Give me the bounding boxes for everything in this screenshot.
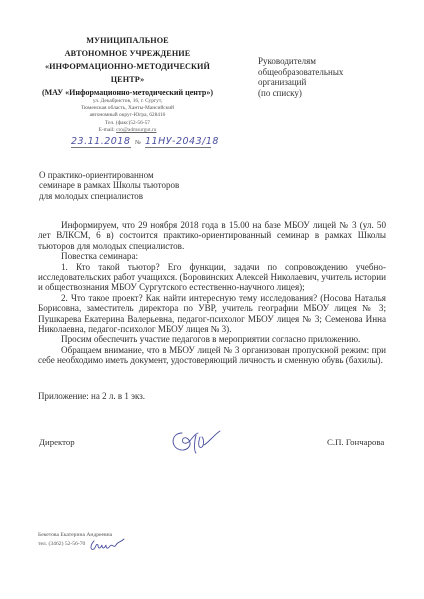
subject-block: О практико-ориентированном семинаре в ра… xyxy=(39,170,179,201)
agenda-heading: Повестка семинара: xyxy=(38,251,386,261)
recipient-block: Руководителям общеобразовательных органи… xyxy=(258,56,343,98)
subject-line: для молодых специалистов xyxy=(39,191,179,201)
letter-body: Информируем, что 29 ноября 2018 года в 1… xyxy=(38,220,386,366)
director-signature-icon xyxy=(168,425,222,455)
org-email-line: E-mail: cro@admsurgut.ru xyxy=(40,127,215,134)
body-paragraph: Информируем, что 29 ноября 2018 года в 1… xyxy=(38,220,386,251)
agenda-item: 1. Кто такой тьютор? Его функции, задачи… xyxy=(38,262,386,293)
body-paragraph: Обращаем внимание, что в МБОУ лицей № 3 … xyxy=(38,345,386,366)
subject-line: семинаре в рамках Школы тьюторов xyxy=(39,180,179,190)
email-link[interactable]: cro@admsurgut.ru xyxy=(116,127,156,133)
org-name-line: «ИНФОРМАЦИОННО-МЕТОДИЧЕСКИЙ xyxy=(32,60,223,73)
registration-line: 23.11.2018 № 11НУ-2043/18 xyxy=(60,136,250,150)
org-address-line: автономный округ-Югра, 628416 xyxy=(40,112,215,119)
subject-line: О практико-ориентированном xyxy=(39,170,179,180)
registration-number: 11НУ-2043/18 xyxy=(145,136,211,148)
signer-name: С.П. Гончарова xyxy=(327,437,384,447)
org-name-line: АВТОНОМНОЕ УЧРЕЖДЕНИЕ xyxy=(40,47,215,60)
org-name-line: ЦЕНТР» xyxy=(40,73,215,86)
executor-signature-icon xyxy=(88,537,126,553)
sender-org-block: МУНИЦИПАЛЬНОЕ АВТОНОМНОЕ УЧРЕЖДЕНИЕ «ИНФ… xyxy=(40,34,215,134)
attachment-note: Приложение: на 2 л. в 1 экз. xyxy=(38,391,145,401)
recipient-line: Руководителям xyxy=(258,56,343,67)
registration-number-label: № xyxy=(135,140,141,146)
email-label: E-mail: xyxy=(99,127,117,133)
org-short-name: (МАУ «Информационно-методический центр») xyxy=(28,87,227,98)
agenda-item: 2. Что такое проект? Как найти интересну… xyxy=(38,293,386,335)
recipient-line: (по списку) xyxy=(258,88,343,99)
signer-position: Директор xyxy=(39,437,75,447)
org-phone: Тел. (факс)52-56-57 xyxy=(40,120,215,127)
recipient-line: организаций xyxy=(258,77,343,88)
body-paragraph: Просим обеспечить участие педагогов в ме… xyxy=(38,334,386,344)
registration-date: 23.11.2018 xyxy=(71,136,131,148)
recipient-line: общеобразовательных xyxy=(258,67,343,78)
org-name-line: МУНИЦИПАЛЬНОЕ xyxy=(40,34,215,47)
